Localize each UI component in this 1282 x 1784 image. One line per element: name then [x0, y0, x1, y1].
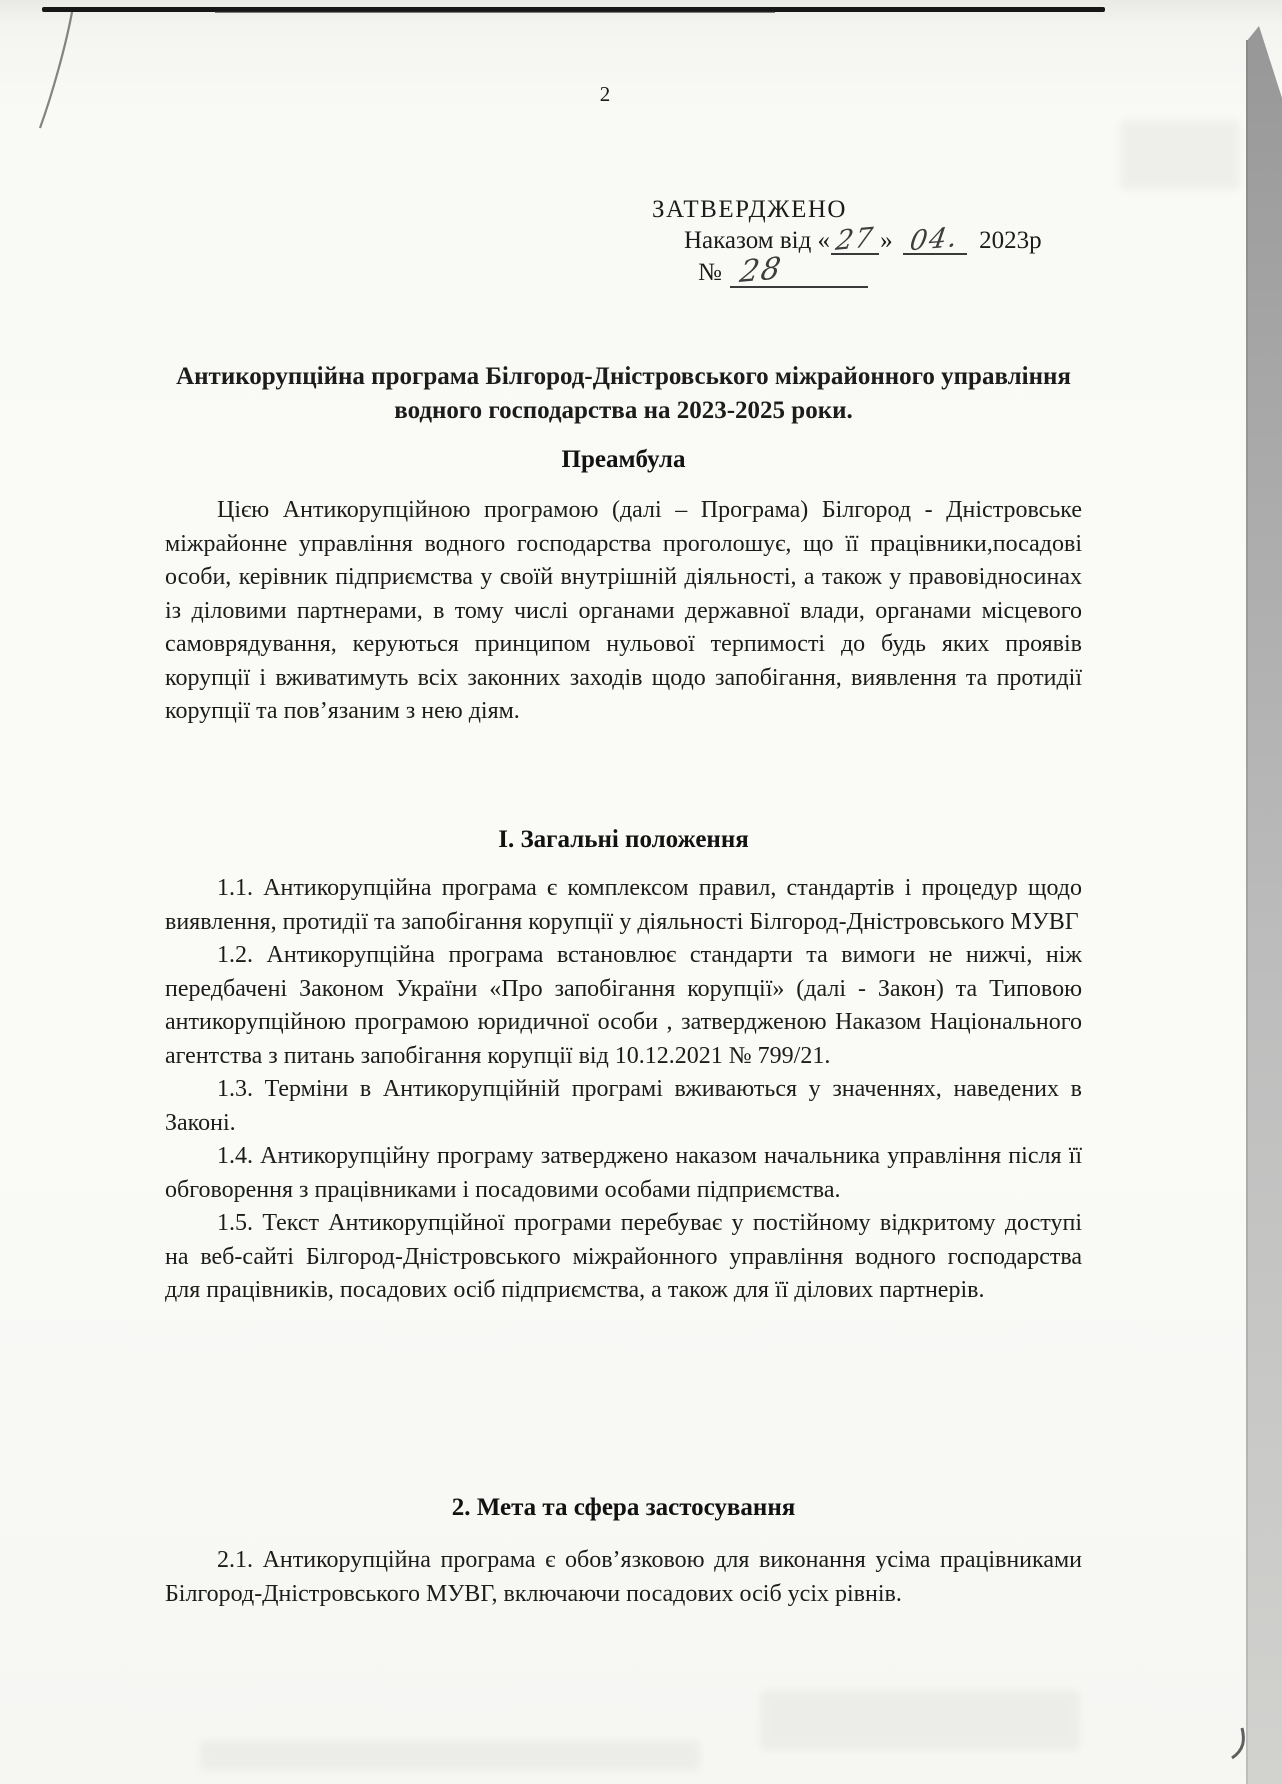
handwritten-number: 28 [738, 254, 785, 288]
number-sign: № [698, 259, 722, 286]
clause-1-3: 1.3. Терміни в Антикорупційній програмі … [165, 1073, 1082, 1140]
scan-corner-mark [1224, 1724, 1254, 1764]
order-year: 2023р [979, 227, 1042, 254]
general-section-body: 1.1. Антикорупційна програма є комплексо… [165, 872, 1082, 1308]
page-number: 2 [165, 82, 1045, 107]
order-close-quote: » [880, 227, 893, 254]
bleed-through-artifact [1120, 120, 1240, 190]
approval-order-line: Наказом від «27»04. 2023р [652, 225, 1042, 256]
section-heading-preamble: Преамбула [165, 446, 1082, 474]
bleed-through-artifact [200, 1740, 700, 1770]
clause-2-1: 2.1. Антикорупційна програма є обов’язко… [165, 1544, 1082, 1611]
bleed-through-artifact [760, 1690, 1080, 1750]
preamble-section-body: Цією Антикорупційною програмою (далі – П… [165, 494, 1082, 729]
scan-right-edge-shadow [1244, 0, 1282, 1784]
handwritten-day-slot: 27 [831, 226, 879, 255]
order-prefix: Наказом від « [684, 227, 830, 254]
clause-1-1: 1.1. Антикорупційна програма є комплексо… [165, 872, 1082, 939]
clause-1-5: 1.5. Текст Антикорупційної програми пере… [165, 1207, 1082, 1308]
clause-1-2: 1.2. Антикорупційна програма встановлює … [165, 939, 1082, 1073]
handwritten-number-slot: 28 [730, 256, 868, 288]
handwritten-day: 27 [834, 224, 877, 255]
handwritten-month: 04. [908, 224, 961, 256]
approval-label: ЗАТВЕРДЖЕНО [652, 194, 1042, 225]
document-title: Антикорупційна програма Білгород-Дністро… [165, 360, 1082, 428]
handwritten-month-slot: 04. [903, 226, 967, 255]
section-heading-scope: 2. Мета та сфера застосування [165, 1494, 1082, 1522]
scan-right-edge-crease [1246, 40, 1248, 1784]
preamble-paragraph: Цією Антикорупційною програмою (далі – П… [165, 494, 1082, 729]
scan-top-edge-line-thin [215, 11, 775, 13]
scope-section-body: 2.1. Антикорупційна програма є обов’язко… [165, 1544, 1082, 1611]
clause-1-4: 1.4. Антикорупційну програму затверджено… [165, 1140, 1082, 1207]
section-heading-general: І. Загальні положення [165, 826, 1082, 854]
approval-number-line: №28 [652, 256, 1042, 288]
approval-block: ЗАТВЕРДЖЕНО Наказом від «27»04. 2023р №2… [652, 194, 1042, 288]
scan-fold-crease [0, 0, 140, 180]
